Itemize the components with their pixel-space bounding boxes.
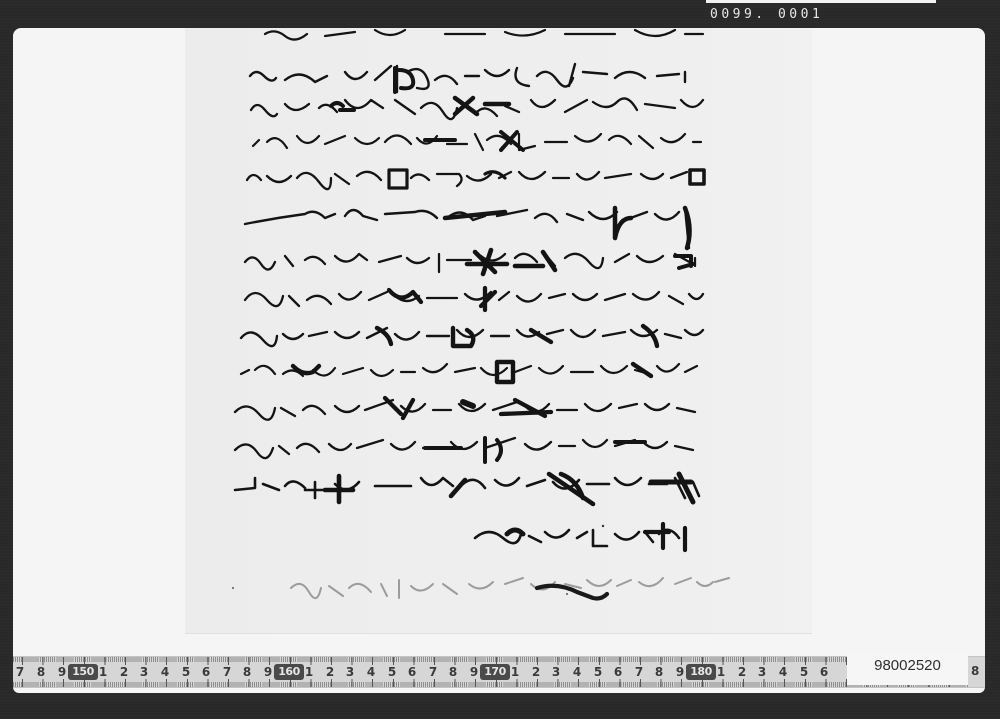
ruler-decade-label: 150 [68, 664, 98, 680]
ruler-label: 2 [322, 664, 338, 680]
counter-tab [706, 0, 936, 3]
document-id-label: 98002520 [847, 651, 968, 685]
ruler-label: 6 [404, 664, 420, 680]
ruler-tail: 8 [968, 656, 985, 688]
ruler-label: 4 [569, 664, 585, 680]
ruler-label: 8 [651, 664, 667, 680]
ruler-label: 6 [610, 664, 626, 680]
ruler-label: 7 [13, 664, 28, 680]
ruler-label: 8 [239, 664, 255, 680]
handwriting-strokes [185, 28, 812, 633]
ruler-label: 1 [95, 664, 111, 680]
document-page [185, 28, 812, 633]
ruler-decade-label: 170 [480, 664, 510, 680]
ruler-label: 4 [363, 664, 379, 680]
ruler-label: 3 [754, 664, 770, 680]
ruler-label: 4 [775, 664, 791, 680]
ruler-label: 2 [528, 664, 544, 680]
ruler-label: 3 [136, 664, 152, 680]
scanner-top-strip: 0099. 0001 [0, 0, 1000, 28]
ruler-decade-label: 160 [274, 664, 304, 680]
ruler-label: 6 [816, 664, 832, 680]
ruler-label: 2 [116, 664, 132, 680]
ruler-label: 2 [734, 664, 750, 680]
ruler-label: 1 [301, 664, 317, 680]
ruler-decade-label: 180 [686, 664, 716, 680]
ruler-label: 3 [342, 664, 358, 680]
ruler-label: 8 [33, 664, 49, 680]
ruler-label: 1 [507, 664, 523, 680]
frame-counter: 0099. 0001 [710, 7, 823, 22]
ruler-label: 7 [219, 664, 235, 680]
ruler-label: 7 [425, 664, 441, 680]
ruler-label: 5 [178, 664, 194, 680]
ruler-label: 5 [590, 664, 606, 680]
ruler-label: 5 [796, 664, 812, 680]
ruler-label: 6 [198, 664, 214, 680]
ruler-label: 7 [631, 664, 647, 680]
ruler-label: 8 [445, 664, 461, 680]
ruler-label: 5 [384, 664, 400, 680]
ruler-label: 1 [713, 664, 729, 680]
ruler-label: 3 [548, 664, 564, 680]
ruler-label: 4 [157, 664, 173, 680]
ruler-tail-label: 8 [971, 664, 979, 678]
ruler-major-ticks-bottom [22, 679, 985, 687]
measurement-ruler: 7891501234567891601234567891701234567891… [13, 656, 985, 688]
